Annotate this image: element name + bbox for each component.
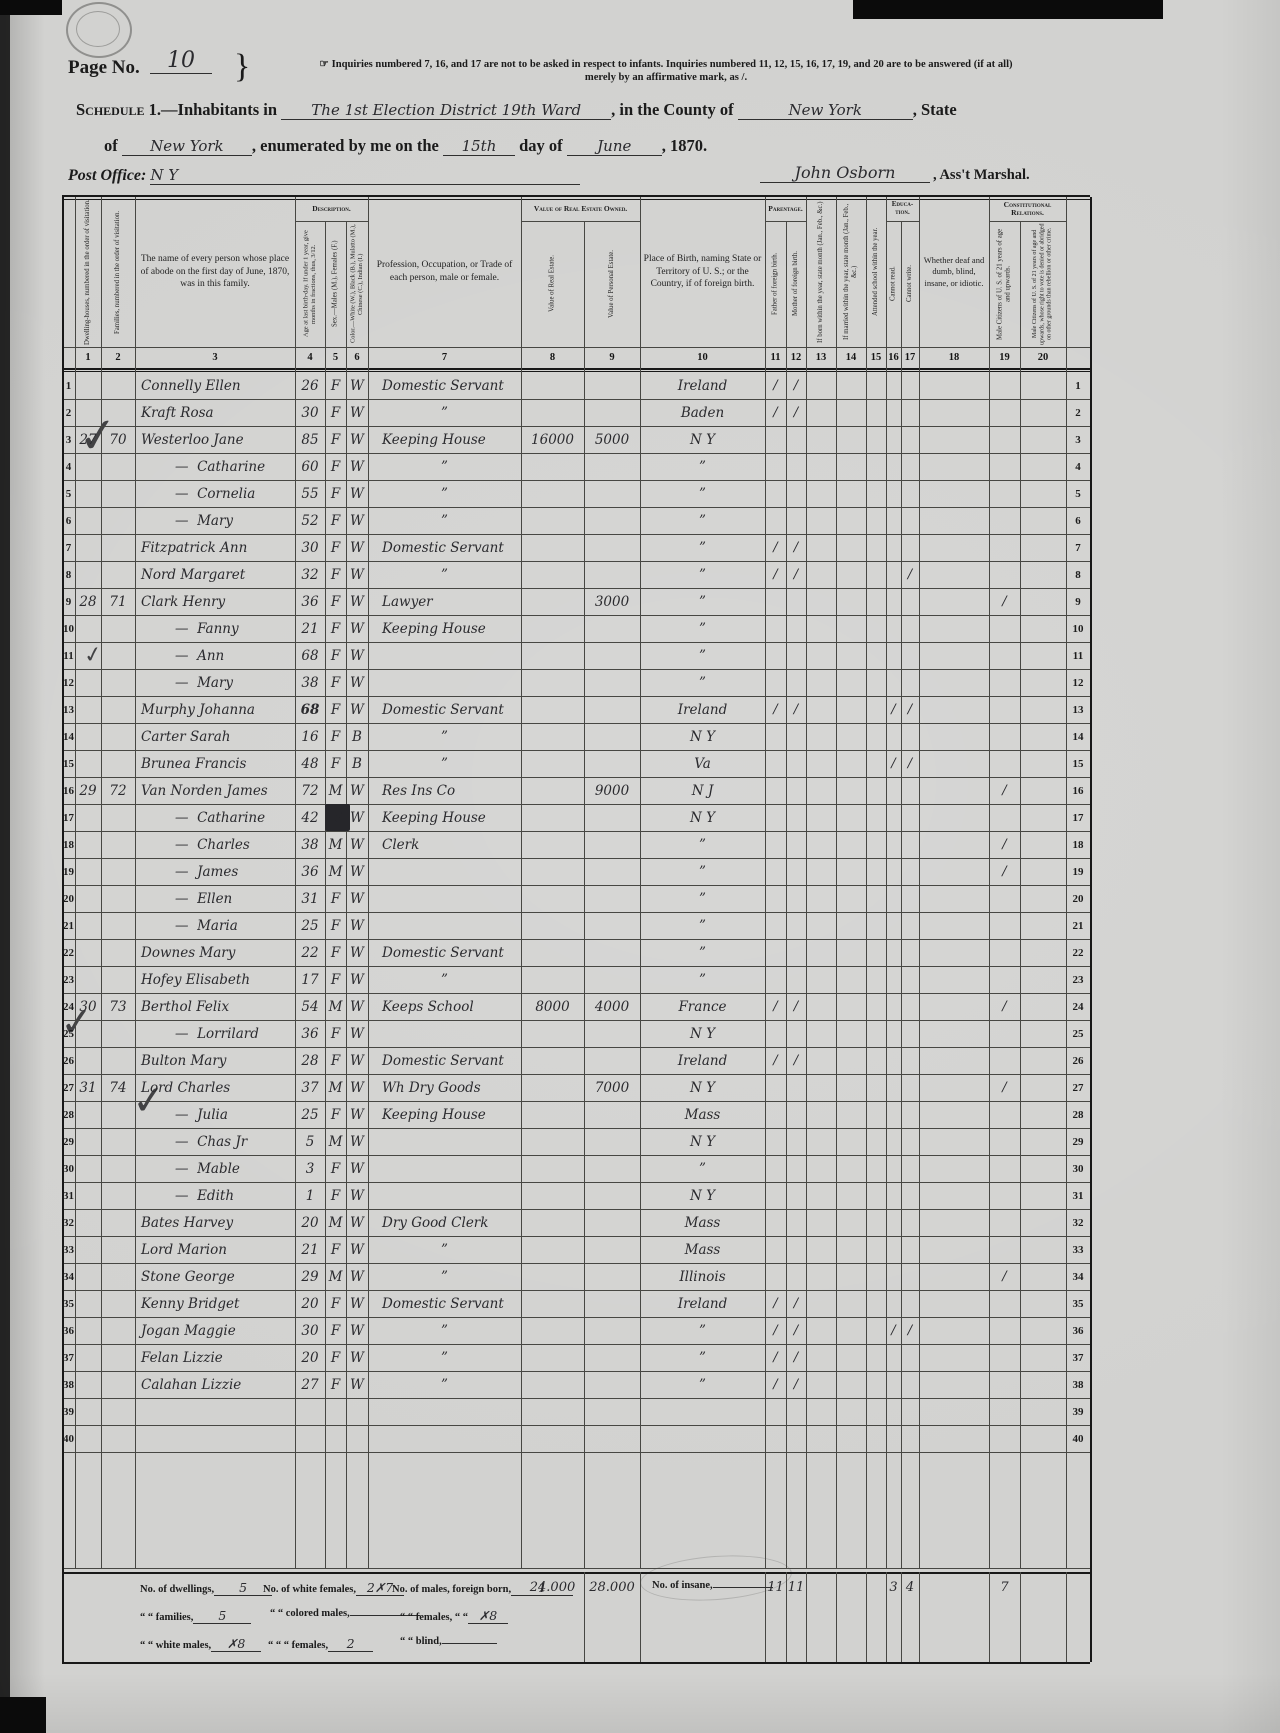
table-row-9-col-3: Clark Henry xyxy=(135,588,301,615)
table-row-20-col-5: F xyxy=(325,885,346,912)
table-row-26-col-11: / xyxy=(765,1047,786,1074)
table-row-25-col-5: F xyxy=(325,1020,346,1047)
table-row-27-col-9: 7000 xyxy=(584,1074,640,1101)
table-row-7-col-11: / xyxy=(765,534,786,561)
column-rule-outer xyxy=(1090,1568,1092,1662)
table-row-3-col-4: 85 xyxy=(295,426,325,453)
table-row-26-col-7: Domestic Servant xyxy=(368,1047,535,1074)
table-row-17-col-6: W xyxy=(346,804,368,831)
footer-column-rule xyxy=(836,1572,837,1662)
column-rule xyxy=(919,197,920,1568)
table-row-8-col-6: W xyxy=(346,561,368,588)
table-row-10-col-5: F xyxy=(325,615,346,642)
footer-value: ✗8 xyxy=(468,1608,508,1624)
column-rule-outer xyxy=(62,1568,64,1662)
row-number-left: 2 xyxy=(62,399,75,426)
table-row-18-col-10: ” xyxy=(640,831,765,858)
table-row-3-col-9: 5000 xyxy=(584,426,640,453)
column-header-10: Place of Birth, naming State or Territor… xyxy=(643,197,762,347)
table-row-36-col-17: / xyxy=(901,1317,919,1344)
table-row-17-col-7: Keeping House xyxy=(368,804,535,831)
row-number-left: 17 xyxy=(62,804,75,831)
footer-item: “ “ females, “ “✗8 xyxy=(400,1608,508,1626)
row-number-left: 6 xyxy=(62,507,75,534)
table-row-24-col-6: W xyxy=(346,993,368,1020)
column-number-12: 12 xyxy=(786,347,806,368)
table-row-10-col-7: Keeping House xyxy=(368,615,535,642)
table-row-7-col-4: 30 xyxy=(295,534,325,561)
row-number-right: 38 xyxy=(1066,1371,1090,1398)
table-row-4-col-7: ” xyxy=(368,453,521,480)
row-rule xyxy=(62,1425,1090,1426)
row-number-left: 34 xyxy=(62,1263,75,1290)
column-number-9: 9 xyxy=(584,347,640,368)
table-row-38-col-12: / xyxy=(786,1371,806,1398)
row-number-right: 22 xyxy=(1066,939,1090,966)
table-row-30-col-5: F xyxy=(325,1155,346,1182)
column-header-16: Cannot read. xyxy=(886,223,901,345)
row-number-right: 2 xyxy=(1066,399,1090,426)
table-row-27-col-5: M xyxy=(325,1074,346,1101)
table-row-24-col-10: France xyxy=(640,993,765,1020)
column-number-14: 14 xyxy=(836,347,866,368)
table-bottom-rule xyxy=(62,1662,1090,1664)
row-number-left: 27 xyxy=(62,1074,75,1101)
footer-item: No. of dwellings,5 xyxy=(140,1580,272,1598)
column-rule xyxy=(901,221,902,1568)
table-row-27-col-1: 31 xyxy=(75,1074,101,1101)
row-number-right: 21 xyxy=(1066,912,1090,939)
column-number-8: 8 xyxy=(521,347,584,368)
table-row-27-col-4: 37 xyxy=(295,1074,325,1101)
table-row-2-col-3: Kraft Rosa xyxy=(135,399,301,426)
table-row-5-col-10: ” xyxy=(640,480,765,507)
column-number-1: 1 xyxy=(75,347,101,368)
column-header-14: If married within the year, state month … xyxy=(836,199,866,345)
table-row-16-col-10: N J xyxy=(640,777,765,804)
column-rule xyxy=(836,197,837,1568)
row-number-left: 20 xyxy=(62,885,75,912)
table-row-13-col-10: Ireland xyxy=(640,696,765,723)
table-row-3-col-2: 70 xyxy=(101,426,135,453)
table-row-8-col-7: ” xyxy=(368,561,521,588)
row-number-right: 11 xyxy=(1066,642,1090,669)
table-row-35-col-7: Domestic Servant xyxy=(368,1290,535,1317)
row-number-left: 37 xyxy=(62,1344,75,1371)
table-row-8-col-11: / xyxy=(765,561,786,588)
table-row-13-col-7: Domestic Servant xyxy=(368,696,535,723)
table-row-23-col-5: F xyxy=(325,966,346,993)
table-row-24-col-4: 54 xyxy=(295,993,325,1020)
footer-item: No. of white females,2✗7 xyxy=(263,1580,404,1598)
table-row-36-col-11: / xyxy=(765,1317,786,1344)
table-row-32-col-6: W xyxy=(346,1209,368,1236)
row-number-right: 18 xyxy=(1066,831,1090,858)
footer-column-rule xyxy=(640,1572,641,1662)
table-row-15-col-5: F xyxy=(325,750,346,777)
column-header-2: Families, numbered in the order of visit… xyxy=(101,199,135,345)
table-row-9-col-1: 28 xyxy=(75,588,101,615)
group-underline xyxy=(521,221,640,222)
footer-total-personal-estate: 28.000 xyxy=(584,1577,640,1597)
table-row-21-col-6: W xyxy=(346,912,368,939)
footer-insane: No. of insane, xyxy=(652,1580,773,1598)
table-row-20-col-4: 31 xyxy=(295,885,325,912)
table-row-3-col-3: Westerloo Jane xyxy=(135,426,301,453)
table-row-24-col-7: Keeps School xyxy=(368,993,535,1020)
table-row-9-col-19: / xyxy=(989,588,1020,615)
table-row-29-col-10: N Y xyxy=(640,1128,765,1155)
column-header-4: Age at last birth-day. If under 1 year, … xyxy=(295,223,325,345)
table-row-27-col-2: 74 xyxy=(101,1074,135,1101)
column-number-20: 20 xyxy=(1020,347,1066,368)
table-row-1-col-3: Connelly Ellen xyxy=(135,372,301,399)
table-row-5-col-7: ” xyxy=(368,480,521,507)
row-rule xyxy=(62,1398,1090,1399)
table-row-2-col-5: F xyxy=(325,399,346,426)
footer-insane-label: No. of insane, xyxy=(652,1580,713,1591)
table-row-37-col-6: W xyxy=(346,1344,368,1371)
footer-item: “ “ colored males, xyxy=(270,1608,420,1626)
table-row-22-col-4: 22 xyxy=(295,939,325,966)
column-number-17: 17 xyxy=(901,347,919,368)
row-number-right: 31 xyxy=(1066,1182,1090,1209)
column-rule xyxy=(1020,221,1021,1568)
row-number-left: 11 xyxy=(62,642,75,669)
table-row-19-col-6: W xyxy=(346,858,368,885)
column-number-6: 6 xyxy=(346,347,368,368)
table-row-9-col-9: 3000 xyxy=(584,588,640,615)
table-row-13-col-5: F xyxy=(325,696,346,723)
footer-item: “ “ families,5 xyxy=(140,1608,251,1626)
row-number-right: 13 xyxy=(1066,696,1090,723)
group-header-description: Description. xyxy=(295,199,368,219)
footer-total-col12: 11 xyxy=(786,1577,806,1597)
table-row-24-col-12: / xyxy=(786,993,806,1020)
table-row-26-col-5: F xyxy=(325,1047,346,1074)
footer-column-rule xyxy=(919,1572,920,1662)
table-row-7-col-3: Fitzpatrick Ann xyxy=(135,534,301,561)
table-row-1-col-10: Ireland xyxy=(640,372,765,399)
row-number-left: 14 xyxy=(62,723,75,750)
footer-column-rule xyxy=(1020,1572,1021,1662)
table-row-23-col-6: W xyxy=(346,966,368,993)
column-number-2: 2 xyxy=(101,347,135,368)
table-row-5-col-6: W xyxy=(346,480,368,507)
table-row-22-col-3: Downes Mary xyxy=(135,939,301,966)
table-row-1-col-12: / xyxy=(786,372,806,399)
table-row-14-col-6: B xyxy=(346,723,368,750)
table-row-14-col-5: F xyxy=(325,723,346,750)
table-row-28-col-5: F xyxy=(325,1101,346,1128)
table-row-6-col-7: ” xyxy=(368,507,521,534)
column-number-4: 4 xyxy=(295,347,325,368)
row-number-right: 23 xyxy=(1066,966,1090,993)
table-row-37-col-3: Felan Lizzie xyxy=(135,1344,301,1371)
table-row-11-col-6: W xyxy=(346,642,368,669)
table-row-16-col-1: 29 xyxy=(75,777,101,804)
census-sheet: Page No. 10 } ☞ Inquiries numbered 7, 16… xyxy=(0,0,1280,1733)
table-row-9-col-5: F xyxy=(325,588,346,615)
table-row-2-col-7: ” xyxy=(368,399,521,426)
footer-label: No. of males, foreign born, xyxy=(392,1584,511,1595)
table-row-18-col-5: M xyxy=(325,831,346,858)
table-row-36-col-7: ” xyxy=(368,1317,521,1344)
group-header-value_owned: Value of Real Estate Owned. xyxy=(521,199,640,219)
column-number-18: 18 xyxy=(919,347,989,368)
table-row-16-col-6: W xyxy=(346,777,368,804)
table-row-31-col-4: 1 xyxy=(295,1182,325,1209)
table-row-16-col-7: Res Ins Co xyxy=(368,777,535,804)
column-number-19: 19 xyxy=(989,347,1020,368)
column-rule xyxy=(866,197,867,1568)
row-number-left: 39 xyxy=(62,1398,75,1425)
table-row-28-col-6: W xyxy=(346,1101,368,1128)
table-row-1-col-4: 26 xyxy=(295,372,325,399)
row-number-left: 9 xyxy=(62,588,75,615)
row-number-right: 36 xyxy=(1066,1317,1090,1344)
table-row-23-col-7: ” xyxy=(368,966,521,993)
table-row-8-col-5: F xyxy=(325,561,346,588)
table-row-37-col-7: ” xyxy=(368,1344,521,1371)
table-row-9-col-2: 71 xyxy=(101,588,135,615)
column-header-9: Value of Personal Estate. xyxy=(584,223,640,345)
row-number-right: 39 xyxy=(1066,1398,1090,1425)
row-number-right: 20 xyxy=(1066,885,1090,912)
table-row-3-col-10: N Y xyxy=(640,426,765,453)
row-number-right: 28 xyxy=(1066,1101,1090,1128)
row-number-right: 33 xyxy=(1066,1236,1090,1263)
row-number-right: 37 xyxy=(1066,1344,1090,1371)
table-row-10-col-6: W xyxy=(346,615,368,642)
table-row-25-col-10: N Y xyxy=(640,1020,765,1047)
row-number-right: 29 xyxy=(1066,1128,1090,1155)
table-row-24-col-1: 30 xyxy=(75,993,101,1020)
footer-value: 5 xyxy=(193,1608,251,1624)
table-row-6-col-6: W xyxy=(346,507,368,534)
row-number-left: 10 xyxy=(62,615,75,642)
table-row-22-col-6: W xyxy=(346,939,368,966)
row-number-right: 1 xyxy=(1066,372,1090,399)
footer-column-rule xyxy=(866,1572,867,1662)
table-row-38-col-7: ” xyxy=(368,1371,521,1398)
column-header-13: If born within the year, state month (Ja… xyxy=(806,199,836,345)
table-row-27-col-6: W xyxy=(346,1074,368,1101)
footer-label: “ “ females, “ “ xyxy=(400,1612,468,1623)
group-header-constitutional: Constitutional Relations. xyxy=(989,199,1066,219)
table-row-6-col-5: F xyxy=(325,507,346,534)
table-row-36-col-5: F xyxy=(325,1317,346,1344)
row-number-left: 4 xyxy=(62,453,75,480)
row-number-left: 12 xyxy=(62,669,75,696)
table-row-7-col-7: Domestic Servant xyxy=(368,534,535,561)
table-row-24-col-11: / xyxy=(765,993,786,1020)
row-number-left: 22 xyxy=(62,939,75,966)
column-number-5: 5 xyxy=(325,347,346,368)
table-row-38-col-11: / xyxy=(765,1371,786,1398)
table-row-16-col-4: 72 xyxy=(295,777,325,804)
table-row-13-col-12: / xyxy=(786,696,806,723)
table-row-13-col-3: Murphy Johanna xyxy=(135,696,301,723)
table-row-22-col-7: Domestic Servant xyxy=(368,939,535,966)
row-number-left: 18 xyxy=(62,831,75,858)
group-header-education: Educa- tion. xyxy=(886,199,919,219)
footer-total-col17: 4 xyxy=(901,1577,919,1597)
table-row-24-col-19: / xyxy=(989,993,1020,1020)
table-row-3-col-5: F xyxy=(325,426,346,453)
footer-double-rule-a xyxy=(62,1568,1090,1569)
table-row-30-col-4: 3 xyxy=(295,1155,325,1182)
row-rule xyxy=(62,1452,1090,1453)
column-number-13: 13 xyxy=(806,347,836,368)
table-row-1-col-11: / xyxy=(765,372,786,399)
table-row-17-col-4: 42 xyxy=(295,804,325,831)
table-row-15-col-6: B xyxy=(346,750,368,777)
table-row-19-col-19: / xyxy=(989,858,1020,885)
row-number-left: 29 xyxy=(62,1128,75,1155)
table-row-26-col-12: / xyxy=(786,1047,806,1074)
row-number-left: 8 xyxy=(62,561,75,588)
table-row-31-col-10: N Y xyxy=(640,1182,765,1209)
row-number-right: 8 xyxy=(1066,561,1090,588)
row-number-left: 19 xyxy=(62,858,75,885)
row-number-right: 17 xyxy=(1066,804,1090,831)
row-number-left: 26 xyxy=(62,1047,75,1074)
row-number-right: 4 xyxy=(1066,453,1090,480)
footer-label: “ “ families, xyxy=(140,1612,193,1623)
column-number-15: 15 xyxy=(866,347,886,368)
table-row-16-col-9: 9000 xyxy=(584,777,640,804)
footer-double-rule-b xyxy=(62,1572,1090,1574)
table-row-34-col-5: M xyxy=(325,1263,346,1290)
table-row-8-col-10: ” xyxy=(640,561,765,588)
row-number-right: 35 xyxy=(1066,1290,1090,1317)
table-row-34-col-7: ” xyxy=(368,1263,521,1290)
table-row-21-col-10: ” xyxy=(640,912,765,939)
footer-item: “ “ “ females,2 xyxy=(268,1636,373,1654)
footer-insane-value xyxy=(713,1587,773,1588)
table-row-28-col-4: 25 xyxy=(295,1101,325,1128)
table-row-15-col-7: ” xyxy=(368,750,521,777)
table-row-35-col-4: 20 xyxy=(295,1290,325,1317)
footer-column-rule xyxy=(806,1572,807,1662)
table-row-34-col-4: 29 xyxy=(295,1263,325,1290)
table-row-14-col-10: N Y xyxy=(640,723,765,750)
table-row-8-col-12: / xyxy=(786,561,806,588)
table-row-33-col-7: ” xyxy=(368,1236,521,1263)
table-row-19-col-4: 36 xyxy=(295,858,325,885)
table-row-5-col-4: 55 xyxy=(295,480,325,507)
row-number-left: 1 xyxy=(62,372,75,399)
row-number-left: 25 xyxy=(62,1020,75,1047)
row-number-left: 28 xyxy=(62,1101,75,1128)
group-underline xyxy=(989,221,1066,222)
row-number-right: 3 xyxy=(1066,426,1090,453)
column-header-12: Mother of foreign birth. xyxy=(786,223,806,345)
table-row-3-col-7: Keeping House xyxy=(368,426,535,453)
table-row-8-col-3: Nord Margaret xyxy=(135,561,301,588)
table-row-4-col-4: 60 xyxy=(295,453,325,480)
table-row-27-col-3: Lord Charles xyxy=(135,1074,301,1101)
table-row-5-col-5: F xyxy=(325,480,346,507)
table-row-13-col-6: W xyxy=(346,696,368,723)
column-rule xyxy=(584,221,585,1568)
table-row-26-col-6: W xyxy=(346,1047,368,1074)
table-row-12-col-6: W xyxy=(346,669,368,696)
table-row-28-col-7: Keeping House xyxy=(368,1101,535,1128)
row-number-right: 12 xyxy=(1066,669,1090,696)
table-row-26-col-3: Bulton Mary xyxy=(135,1047,301,1074)
row-number-right: 30 xyxy=(1066,1155,1090,1182)
table-row-32-col-7: Dry Good Clerk xyxy=(368,1209,535,1236)
row-number-left: 5 xyxy=(62,480,75,507)
row-number-left: 3 xyxy=(62,426,75,453)
table-row-24-col-9: 4000 xyxy=(584,993,640,1020)
table-row-19-col-10: ” xyxy=(640,858,765,885)
table-row-15-col-4: 48 xyxy=(295,750,325,777)
column-header-8: Value of Real Estate. xyxy=(521,223,584,345)
table-row-37-col-11: / xyxy=(765,1344,786,1371)
table-row-36-col-4: 30 xyxy=(295,1317,325,1344)
row-number-left: 13 xyxy=(62,696,75,723)
footer-label: “ “ “ females, xyxy=(268,1640,328,1651)
table-row-33-col-10: Mass xyxy=(640,1236,765,1263)
table-row-1-col-5: F xyxy=(325,372,346,399)
table-row-24-col-5: M xyxy=(325,993,346,1020)
footer-label: No. of dwellings, xyxy=(140,1584,214,1595)
column-header-5: Sex.—Males (M.), Females (F.) xyxy=(325,223,346,345)
row-number-left: 15 xyxy=(62,750,75,777)
table-row-3-col-1: 27 xyxy=(75,426,101,453)
row-number-right: 16 xyxy=(1066,777,1090,804)
table-row-35-col-12: / xyxy=(786,1290,806,1317)
column-header-3: The name of every person whose place of … xyxy=(138,197,292,347)
table-row-29-col-4: 5 xyxy=(295,1128,325,1155)
table-row-11-col-4: 68 xyxy=(295,642,325,669)
table-row-8-col-17: / xyxy=(901,561,919,588)
table-row-3-col-8: 16000 xyxy=(521,426,584,453)
group-underline xyxy=(886,221,919,222)
table-row-7-col-10: ” xyxy=(640,534,765,561)
column-header-19: Male Citizens of U. S. of 21 years of ag… xyxy=(989,223,1020,345)
footer-label: No. of white females, xyxy=(263,1584,356,1595)
row-number-left: 35 xyxy=(62,1290,75,1317)
table-row-17-col-10: N Y xyxy=(640,804,765,831)
table-row-15-col-16: / xyxy=(886,750,901,777)
table-row-11-col-5: F xyxy=(325,642,346,669)
table-row-23-col-4: 17 xyxy=(295,966,325,993)
table-row-35-col-5: F xyxy=(325,1290,346,1317)
table-row-10-col-4: 21 xyxy=(295,615,325,642)
table-row-13-col-11: / xyxy=(765,696,786,723)
column-header-11: Father of foreign birth. xyxy=(765,223,786,345)
column-header-7: Profession, Occupation, or Trade of each… xyxy=(371,197,518,347)
table-row-32-col-5: M xyxy=(325,1209,346,1236)
table-row-3-col-6: W xyxy=(346,426,368,453)
table-row-27-col-19: / xyxy=(989,1074,1020,1101)
column-number-16: 16 xyxy=(886,347,901,368)
table-row-11-col-10: ” xyxy=(640,642,765,669)
table-row-35-col-6: W xyxy=(346,1290,368,1317)
table-row-12-col-4: 38 xyxy=(295,669,325,696)
column-header-1: Dwelling-houses, numbered in the order o… xyxy=(75,199,101,345)
table-row-18-col-6: W xyxy=(346,831,368,858)
table-row-36-col-12: / xyxy=(786,1317,806,1344)
column-number-7: 7 xyxy=(368,347,521,368)
row-number-right: 19 xyxy=(1066,858,1090,885)
row-number-left: 30 xyxy=(62,1155,75,1182)
table-row-37-col-5: F xyxy=(325,1344,346,1371)
